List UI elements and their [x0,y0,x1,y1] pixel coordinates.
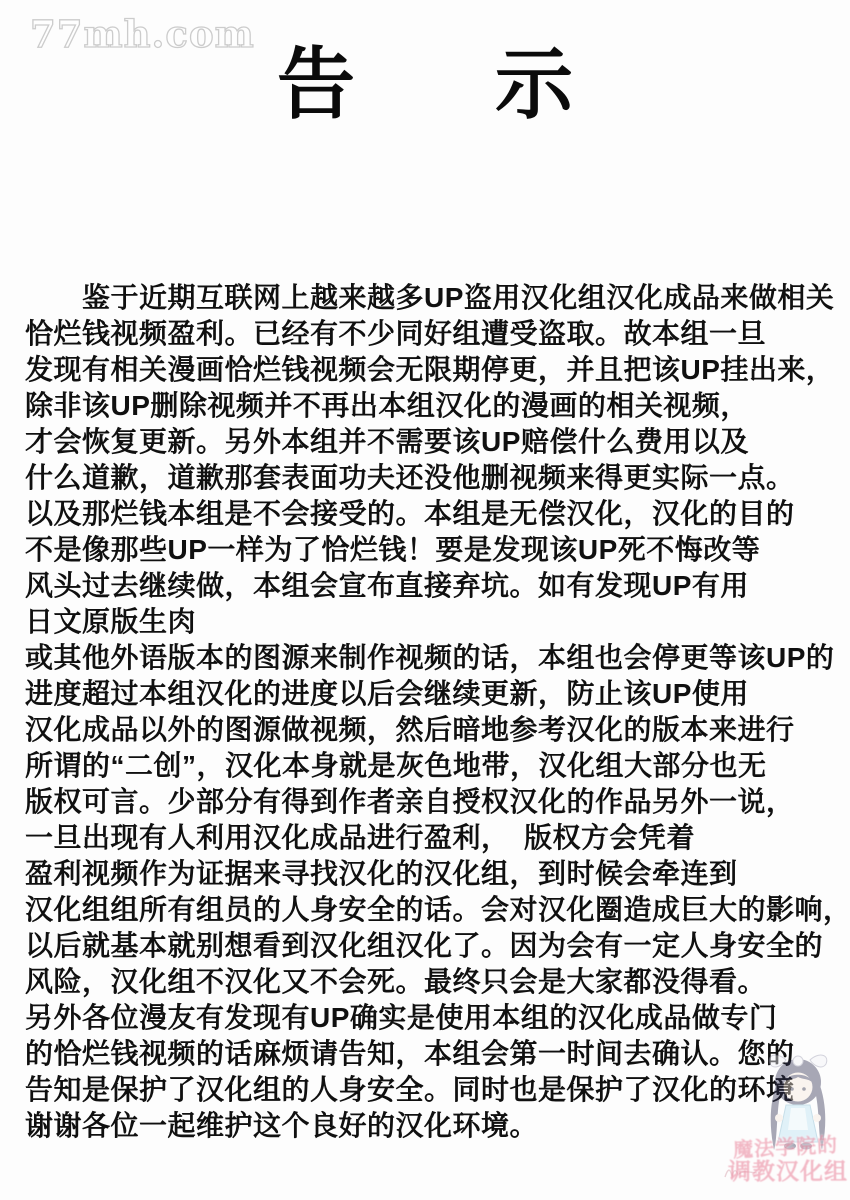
notice-line: 日文原版生肉 [25,604,850,640]
notice-line: 不是像那些UP一样为了恰烂钱！要是发现该UP死不悔改等 [25,532,850,568]
logo-signature-squiggle [724,1166,758,1180]
logo-text-line2: 调教汉化组 [728,1153,848,1186]
notice-line: 除非该UP删除视频并不再出本组汉化的漫画的相关视频， [25,388,850,424]
page-title: 告 示 [0,42,850,128]
notice-line: 另外各位漫友有发现有UP确实是使用本组的汉化成品做专门 [25,1000,850,1036]
title-char-1: 告 [277,42,355,128]
title-char-2: 示 [495,42,573,128]
notice-body: 鉴于近期互联网上越来越多UP盗用汉化组汉化成品来做相关 恰烂钱视频盈利。已经有不… [25,280,850,1144]
notice-line: 才会恢复更新。另外本组并不需要该UP赔偿什么费用以及 [25,424,850,460]
notice-line: 一旦出现有人利用汉化成品进行盈利， 版权方会凭着 [25,820,850,856]
notice-line: 汉化组组所有组员的人身安全的话。会对汉化圈造成巨大的影响， [25,892,850,928]
notice-line: 所谓的“二创”，汉化本身就是灰色地带，汉化组大部分也无 [25,748,850,784]
notice-line: 发现有相关漫画恰烂钱视频会无限期停更，并且把该UP挂出来， [25,352,850,388]
notice-line: 版权可言。少部分有得到作者亲自授权汉化的作品另外一说， [25,784,850,820]
notice-line: 鉴于近期互联网上越来越多UP盗用汉化组汉化成品来做相关 [25,280,850,316]
notice-line: 告知是保护了汉化组的人身安全。同时也是保护了汉化的环境 [25,1072,850,1108]
notice-line: 的恰烂钱视频的话麻烦请告知，本组会第一时间去确认。您的 [25,1036,850,1072]
notice-line: 汉化成品以外的图源做视频，然后暗地参考汉化的版本来进行 [25,712,850,748]
notice-line: 盈利视频作为证据来寻找汉化的汉化组，到时候会牵连到 [25,856,850,892]
notice-line: 风险，汉化组不汉化又不会死。最终只会是大家都没得看。 [25,964,850,1000]
notice-line: 风头过去继续做，本组会宣布直接弃坑。如有发现UP有用 [25,568,850,604]
notice-line: 以及那烂钱本组是不会接受的。本组是无偿汉化，汉化的目的 [25,496,850,532]
notice-line: 谢谢各位一起维护这个良好的汉化环境。 [25,1108,850,1144]
notice-line: 恰烂钱视频盈利。已经有不少同好组遭受盗取。故本组一旦 [25,316,850,352]
notice-line: 以后就基本就别想看到汉化组汉化了。因为会有一定人身安全的 [25,928,850,964]
notice-line: 什么道歉，道歉那套表面功夫还没他删视频来得更实际一点。 [25,460,850,496]
notice-page: 77mh.com 告 示 鉴于近期互联网上越来越多UP盗用汉化组汉化成品来做相关… [0,0,850,1200]
notice-line: 进度超过本组汉化的进度以后会继续更新，防止该UP使用 [25,676,850,712]
notice-line: 或其他外语版本的图源来制作视频的话，本组也会停更等该UP的 [25,640,850,676]
